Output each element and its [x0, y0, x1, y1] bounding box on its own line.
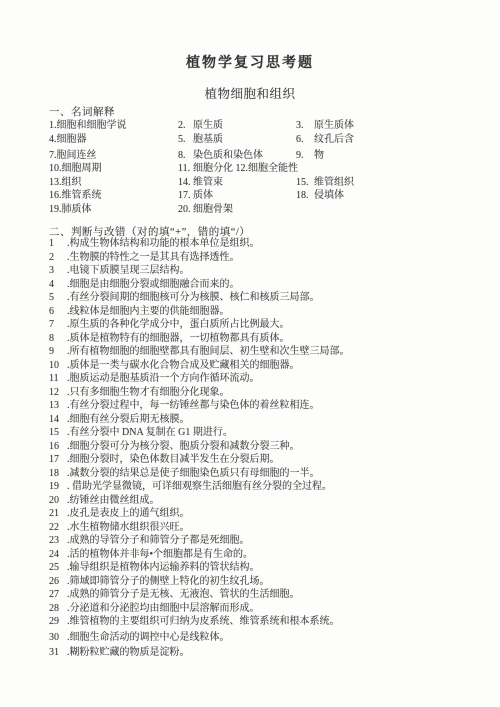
term-cell: 19.肺质体 [49, 203, 178, 217]
statement-text: .活的植物体并非每•个细胞都是有生命的。 [67, 548, 253, 562]
statement-row: 1 .构成生物体结构和功能的根本单位是组织。 [49, 237, 482, 251]
term-label: 维管系统 [62, 190, 102, 201]
term-label: 细胞周期 [62, 163, 102, 174]
term-label: 纹孔后含 [314, 134, 354, 145]
term-number: 8. [178, 149, 193, 163]
term-cell: 20.细胞骨架 [178, 203, 296, 217]
term-label: 原生质 [193, 120, 223, 131]
term-label: 原生质体 [314, 120, 354, 131]
statement-text: .线粒体是细胞内主要的供能细胞器。 [67, 305, 230, 319]
term-number: 14. [178, 176, 193, 190]
statement-row: 18 .减数分裂的结果总是使子细胞染色质只有母细胞的一半。 [49, 467, 482, 481]
statement-row: 24 .活的植物体并非每•个细胞都是有生命的。 [49, 548, 482, 562]
statement-number: 5 [49, 291, 67, 305]
statement-number: 31 [49, 646, 67, 660]
statement-text: .胞质运动是胞基质沿一个方向作循环流动。 [67, 372, 260, 386]
term-cell: 7.胞间连丝 [49, 149, 178, 163]
document-title: 植物学复习思考题 [0, 52, 500, 72]
statement-row: 27 .成熟的筛管分子是无核、无液泡、管状的生活细胞。 [49, 588, 482, 602]
statement-row: 7 .原生质的各种化学成分中，蛋白质所占比例最大。 [49, 318, 482, 332]
term-cell: 18.侵填体 [296, 189, 482, 203]
statement-row: 14 .细胞有丝分裂后期无核膜。 [49, 413, 482, 427]
statement-number: 28 [49, 602, 67, 616]
term-cell: 2.原生质 [178, 119, 296, 133]
statement-row: 28 .分泌道和分泌腔均由细胞中层溶解而形成。 [49, 602, 482, 616]
statement-text: .细胞是由细胞分裂或细胞融合而来的。 [67, 278, 240, 292]
term-number: 15. [296, 176, 314, 190]
term-label: 物 [314, 150, 324, 161]
statement-number: 9 [49, 345, 67, 359]
statement-row: 12 .只有多细胞生物才有细胞分化现象。 [49, 386, 482, 400]
statement-row: 16 .细胞分裂可分为核分裂、胞质分裂和减数分裂三种。 [49, 440, 482, 454]
statement-row: 3 .电镜下质膜呈现三层结构。 [49, 264, 482, 278]
term-cell: 9.物 [296, 149, 482, 163]
term-label: 胞间连丝 [57, 150, 97, 161]
statement-number: 29 [49, 615, 67, 629]
statement-number: 30 [49, 631, 67, 645]
statement-row: 15 .有丝分裂中 DNA 复制在 G1 期进行。 [49, 426, 482, 440]
term-cell: 8.染色质和染色体 [178, 149, 296, 163]
term-label: 染色质和染色体 [193, 150, 263, 161]
statement-row: 30 .细胞生命活动的调控中心是线粒体。 [49, 631, 482, 645]
term-label: 细胞骨架 [193, 204, 233, 215]
statement-number: 1 [49, 237, 67, 251]
statement-number: 3 [49, 264, 67, 278]
term-number: 11. [178, 162, 193, 176]
statement-text: .构成生物体结构和功能的根本单位是组织。 [67, 237, 260, 251]
term-number: 13. [49, 176, 62, 190]
term-row: 16.维管系统 17.质体 18.侵填体 [49, 189, 482, 203]
term-cell: 14.维管束 [178, 176, 296, 190]
term-row: 19.肺质体 20.细胞骨架 [49, 203, 482, 217]
statement-text: .质体是植物特有的细胞器，一切植物都具有质体。 [67, 332, 290, 346]
statement-row: 8 .质体是植物特有的细胞器，一切植物都具有质体。 [49, 332, 482, 346]
term-number: 10. [49, 162, 62, 176]
term-cell: 4.细胞器 [49, 133, 178, 147]
statement-row: 21 .皮孔是表皮上的通气组织。 [49, 507, 482, 521]
statement-text: .细胞生命活动的调控中心是线粒体。 [67, 631, 230, 645]
statement-number: 21 [49, 507, 67, 521]
term-label: 肺质体 [62, 204, 92, 215]
statement-row: 4 .细胞是由细胞分裂或细胞融合而来的。 [49, 278, 482, 292]
statement-number: 24 [49, 548, 67, 562]
statement-number: 6 [49, 305, 67, 319]
statement-text: .成熟的筛管分子是无核、无液泡、管状的生活细胞。 [67, 588, 300, 602]
document-page: 植物学复习思考题 植物细胞和组织 一、名词解释 1.细胞和细胞学说 2.原生质 … [0, 0, 500, 707]
document-subtitle: 植物细胞和组织 [0, 84, 500, 102]
statement-row: 11 .胞质运动是胞基质沿一个方向作循环流动。 [49, 372, 482, 386]
statement-text: .质体是一类与碳水化合物合成及贮藏相关的细胞器。 [67, 359, 300, 373]
statement-number: 26 [49, 575, 67, 589]
term-label: 维管组织 [314, 177, 354, 188]
term-label: 维管束 [193, 177, 223, 188]
statement-row: 22 .水生植物储水组织很兴旺。 [49, 521, 482, 535]
statement-row: 6 .线粒体是细胞内主要的供能细胞器。 [49, 305, 482, 319]
terms-section-heading: 一、名词解释 [49, 104, 115, 119]
term-number: 7. [49, 149, 57, 163]
term-number: 3. [296, 119, 314, 133]
statement-text: .细胞分裂可分为核分裂、胞质分裂和减数分裂三种。 [67, 440, 300, 454]
term-number: 2. [178, 119, 193, 133]
term-row: 13.组织 14.维管束 15.维管组织 [49, 176, 482, 190]
statement-row: 29 .维管植物的主要组织可归纳为皮系统、维管系统和根本系统。 [49, 615, 482, 629]
statement-row: 25 .输导组织是植物体内运输养料的管状结构。 [49, 561, 482, 575]
statement-row: 17 .细胞分裂时，染色体数目减半发生在分裂后期。 [49, 453, 482, 467]
statement-number: 14 [49, 413, 67, 427]
statement-row: 13 .有丝分裂过程中，每一纺锤丝都与染色体的着丝粒相连。 [49, 399, 482, 413]
statement-text: .维管植物的主要组织可归纳为皮系统、维管系统和根本系统。 [67, 615, 340, 629]
statement-row: 10 .质体是一类与碳水化合物合成及贮藏相关的细胞器。 [49, 359, 482, 373]
statement-text: . 借助光学显微镜，可详细观察生活细胞有丝分裂的全过程。 [67, 480, 332, 494]
term-number: 17. [178, 189, 193, 203]
term-cell: 16.维管系统 [49, 189, 178, 203]
term-cell [296, 162, 482, 176]
statement-number: 17 [49, 453, 67, 467]
term-label: 细胞和细胞学说 [57, 120, 127, 131]
statement-number: 22 [49, 521, 67, 535]
term-cell: 11.细胞分化 12.细胞全能性 [178, 162, 296, 176]
statement-row: 20 .纺锤丝由微丝组成。 [49, 494, 482, 508]
statement-text: .皮孔是表皮上的通气组织。 [67, 507, 190, 521]
term-number: 1. [49, 119, 57, 133]
statement-number: 18 [49, 467, 67, 481]
statement-number: 20 [49, 494, 67, 508]
term-number: 6. [296, 133, 314, 147]
statement-text: .生物膜的特性之一是其具有选择透性。 [67, 251, 240, 265]
term-label: 细胞器 [57, 134, 87, 145]
statement-number: 11 [49, 372, 67, 386]
statement-row: 2 .生物膜的特性之一是其具有选择透性。 [49, 251, 482, 265]
term-cell: 15.维管组织 [296, 176, 482, 190]
terms-grid: 1.细胞和细胞学说 2.原生质 3.原生质体 4.细胞器 5.胞基质 6.纹孔后… [49, 119, 482, 217]
statement-number: 16 [49, 440, 67, 454]
term-cell: 10.细胞周期 [49, 162, 178, 176]
statement-row: 5 .有丝分裂间期的细胞核可分为核膜、核仁和核质三局部。 [49, 291, 482, 305]
statement-text: .输导组织是植物体内运输养料的管状结构。 [67, 561, 260, 575]
statement-number: 15 [49, 426, 67, 440]
statement-row: 19 . 借助光学显微镜，可详细观察生活细胞有丝分裂的全过程。 [49, 480, 482, 494]
statement-row: 26 .筛域即筛管分子的侧壁上特化的初生纹孔场。 [49, 575, 482, 589]
term-number: 20. [178, 203, 193, 217]
statement-text: .成熟的导管分子和筛管分子都是死细胞。 [67, 534, 250, 548]
statement-number: 8 [49, 332, 67, 346]
term-label: 质体 [193, 190, 213, 201]
statement-number: 2 [49, 251, 67, 265]
statement-number: 13 [49, 399, 67, 413]
statement-text: .有丝分裂过程中，每一纺锤丝都与染色体的着丝粒相连。 [67, 399, 320, 413]
statement-number: 25 [49, 561, 67, 575]
statement-number: 19 [49, 480, 67, 494]
statement-text: .有丝分裂中 DNA 复制在 G1 期进行。 [67, 426, 233, 440]
term-cell: 5.胞基质 [178, 133, 296, 147]
term-number: 18. [296, 189, 314, 203]
statement-number: 12 [49, 386, 67, 400]
statement-text: .只有多细胞生物才有细胞分化现象。 [67, 386, 230, 400]
term-row: 10.细胞周期 11.细胞分化 12.细胞全能性 [49, 162, 482, 176]
term-number: 5. [178, 133, 193, 147]
term-number: 19. [49, 203, 62, 217]
term-number: 9. [296, 149, 314, 163]
term-label: 侵填体 [314, 190, 344, 201]
statement-text: .水生植物储水组织很兴旺。 [67, 521, 190, 535]
statement-text: .所有植物细胞的细胞壁都具有胞间层、初生壁和次生壁三局部。 [67, 345, 350, 359]
statement-number: 27 [49, 588, 67, 602]
term-number: 16. [49, 189, 62, 203]
statement-number: 10 [49, 359, 67, 373]
statement-list: 1 .构成生物体结构和功能的根本单位是组织。 2 .生物膜的特性之一是其具有选择… [49, 237, 482, 660]
term-cell: 6.纹孔后含 [296, 133, 482, 147]
statement-text: .电镜下质膜呈现三层结构。 [67, 264, 190, 278]
term-number: 4. [49, 133, 57, 147]
statement-row: 31 .糊粉粒贮藏的物质是淀粉。 [49, 646, 482, 660]
statement-text: .细胞分裂时，染色体数目减半发生在分裂后期。 [67, 453, 280, 467]
statement-row: 23 .成熟的导管分子和筛管分子都是死细胞。 [49, 534, 482, 548]
term-label: 细胞分化 12.细胞全能性 [193, 163, 298, 174]
statement-text: .原生质的各种化学成分中，蛋白质所占比例最大。 [67, 318, 290, 332]
statement-text: .纺锤丝由微丝组成。 [67, 494, 160, 508]
statement-text: .分泌道和分泌腔均由细胞中层溶解而形成。 [67, 602, 260, 616]
term-label: 组织 [62, 177, 82, 188]
term-row: 7.胞间连丝 8.染色质和染色体 9.物 [49, 149, 482, 163]
statement-text: .糊粉粒贮藏的物质是淀粉。 [67, 646, 190, 660]
statement-number: 23 [49, 534, 67, 548]
term-cell: 13.组织 [49, 176, 178, 190]
term-cell: 1.细胞和细胞学说 [49, 119, 178, 133]
statement-text: .减数分裂的结果总是使子细胞染色质只有母细胞的一半。 [67, 467, 320, 481]
term-cell: 17.质体 [178, 189, 296, 203]
term-cell: 3.原生质体 [296, 119, 482, 133]
term-row: 4.细胞器 5.胞基质 6.纹孔后含 [49, 133, 482, 147]
statement-row: 9 .所有植物细胞的细胞壁都具有胞间层、初生壁和次生壁三局部。 [49, 345, 482, 359]
statement-text: .有丝分裂间期的细胞核可分为核膜、核仁和核质三局部。 [67, 291, 320, 305]
statement-number: 7 [49, 318, 67, 332]
term-cell [296, 203, 482, 217]
term-row: 1.细胞和细胞学说 2.原生质 3.原生质体 [49, 119, 482, 133]
term-label: 胞基质 [193, 134, 223, 145]
statement-text: .细胞有丝分裂后期无核膜。 [67, 413, 190, 427]
statement-text: .筛域即筛管分子的侧壁上特化的初生纹孔场。 [67, 575, 270, 589]
statement-number: 4 [49, 278, 67, 292]
